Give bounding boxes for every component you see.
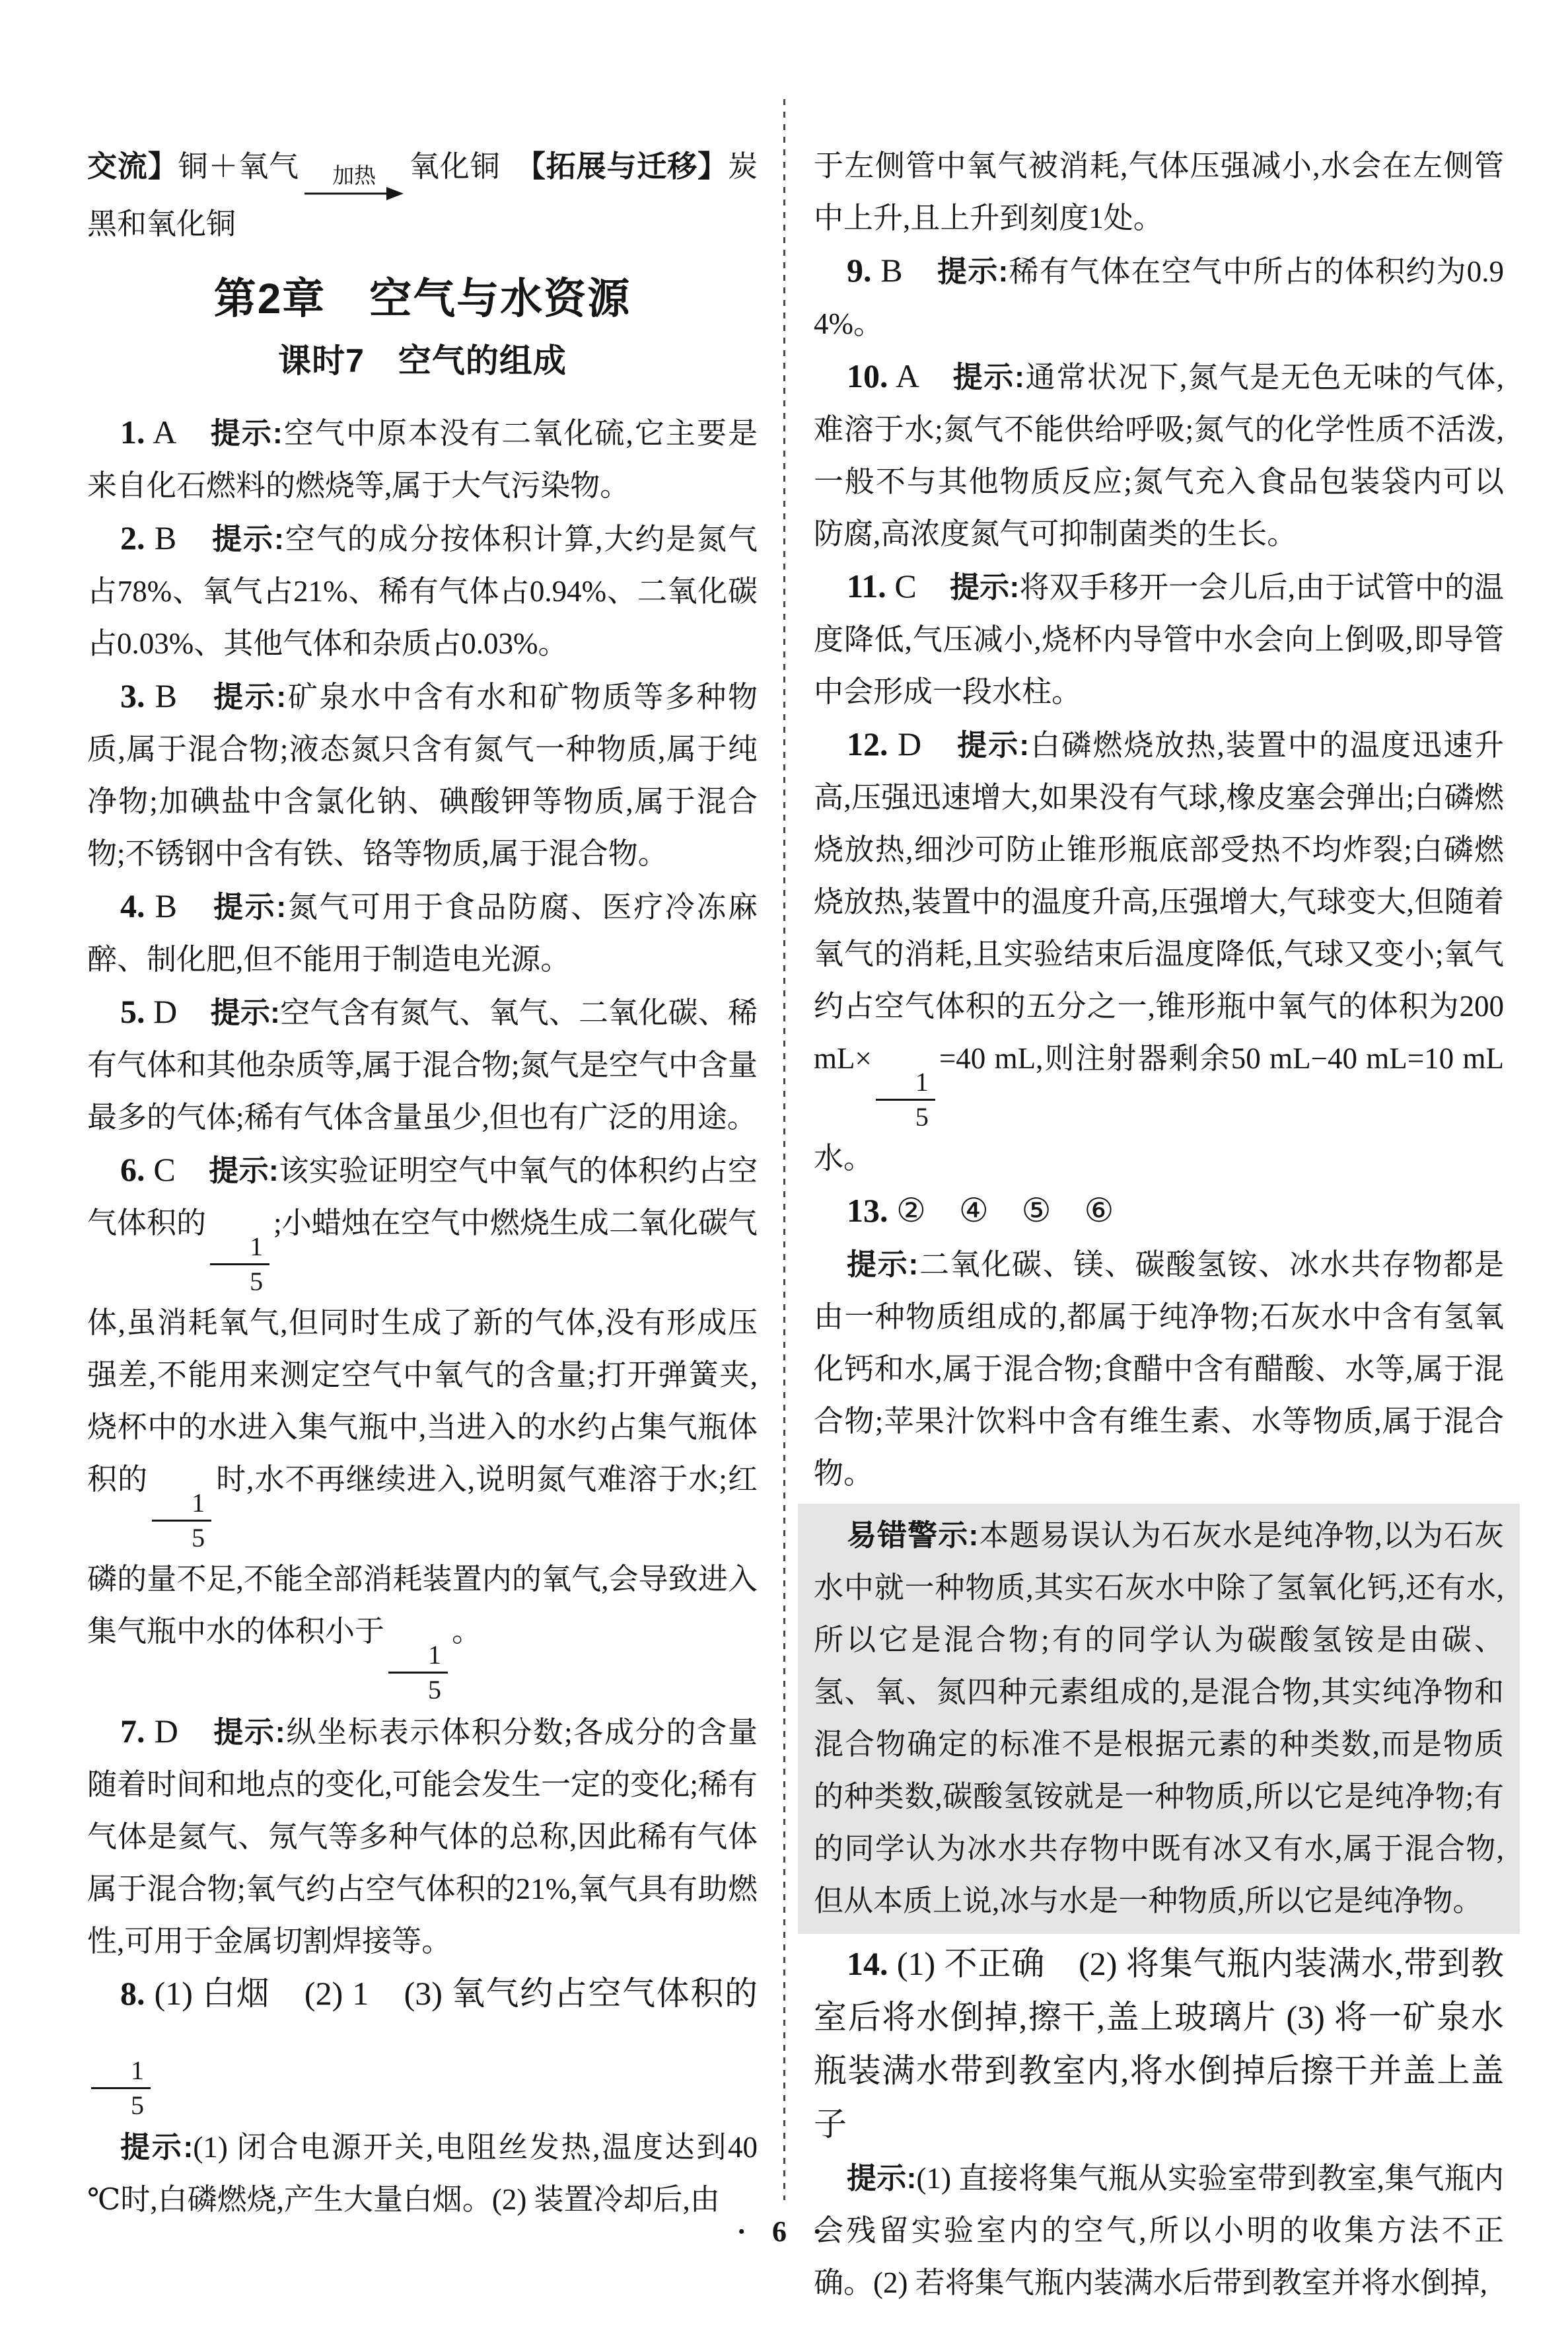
question-number: 7. [120,1713,145,1750]
question-number: 4. [120,887,145,924]
answer-4: 4. B 提示:氮气可用于食品防腐、医疗冷冻麻醉、制化肥,但不能用于制造电光源。 [87,880,758,986]
answer-text: B [145,519,213,556]
text: 。 [452,1615,481,1648]
answer-5: 5. D 提示:空气含有氮气、氧气、二氧化碳、稀有气体和其他杂质等,属于混合物;… [87,986,758,1144]
answer-text: B [145,887,214,924]
question-number: 3. [120,677,145,714]
hint-label: 提示: [847,1247,918,1281]
answer-text: B [872,252,937,289]
hint-label: 易错警示: [847,1518,978,1552]
text: 白磷燃烧放热,装置中的温度迅速升高,压强迅速增大,如果没有气球,橡皮塞会弹出;白… [814,729,1504,1075]
warning-box: 易错警示:本题易误认为石灰水是纯净物,以为石灰水中就一种物质,其实石灰水中除了氢… [798,1504,1520,1934]
hint-label: 提示: [211,416,283,450]
workbook-answer-page: 交流】铜＋氧气加热氧化铜 【拓展与迁移】炭黑和氧化铜第2章 空气与水资源课时7 … [0,0,1568,2325]
fraction: 15 [210,1232,269,1297]
answer-1: 1. A 提示:空气中原本没有二氧化硫,它主要是来自化石燃料的燃烧等,属于大气污… [87,406,758,512]
column-divider [783,99,785,2200]
hint-label: 提示: [953,360,1024,394]
question-number: 14. [847,1945,888,1982]
hint-label: 提示: [213,890,286,924]
hint-label: 【拓展与迁移】 [530,149,728,183]
hint-8: 提示:(1) 闭合电源开关,电阻丝发热,温度达到40 ℃时,白磷燃烧,产生大量白… [87,2121,758,2226]
left-column: 交流】铜＋氧气加热氧化铜 【拓展与迁移】炭黑和氧化铜第2章 空气与水资源课时7 … [87,140,758,2226]
text: 铜＋氧气 [178,150,299,183]
answer-text: C [886,568,950,605]
question-number: 11. [847,568,886,605]
hint-label: 提示: [213,680,286,714]
continuation-paragraph: 于左侧管中氧气被消耗,气体压强减小,水会在左侧管中上升,且上升到刻度1处。 [814,140,1504,244]
hint-13: 提示:二氧化碳、镁、碳酸氢铵、冰水共存物都是由一种物质组成的,都属于纯净物;石灰… [814,1238,1504,1500]
fraction: 15 [388,1640,448,1705]
question-number: 6. [120,1151,145,1188]
text: 本题易误认为石灰水是纯净物,以为石灰水中就一种物质,其实石灰水中除了氢氧化钙,还… [814,1519,1504,1917]
answer-3: 3. B 提示:矿泉水中含有水和矿物质等多种物质,属于混合物;液态氮只含有氮气一… [87,670,758,880]
question-number: 13. [847,1192,888,1229]
right-arrow-icon [304,189,404,198]
answer-14: 14. (1) 不正确 (2) 将集气瓶内装满水,带到教室后将水倒掉,擦干,盖上… [814,1938,1504,2152]
text: 第2章 空气与水资源 [214,275,631,322]
answer-12: 12. D 提示:白磷燃烧放热,装置中的温度迅速升高,压强迅速增大,如果没有气球… [814,718,1504,1185]
answer-text: ② ④ ⑤ ⑥ [888,1192,1114,1229]
answer-8: 8. (1) 白烟 (2) 1 (3) 氧气约占空气体积的15 [87,1968,758,2121]
hint-label: 提示: [212,522,284,556]
answer-6: 6. C 提示:该实验证明空气中氧气的体积约占空气体积的15;小蜡烛在空气中燃烧… [87,1144,758,1705]
text: 氧化铜 [409,150,530,183]
question-number: 1. [120,414,145,451]
hint-label: 交流】 [87,149,178,183]
fraction: 15 [152,1488,211,1553]
question-number: 8. [120,1975,145,2012]
question-number: 12. [847,725,888,762]
chapter-heading: 第2章 空气与水资源 [87,270,758,327]
text: 二氧化碳、镁、碳酸氢铵、冰水共存物都是由一种物质组成的,都属于纯净物;石灰水中含… [814,1248,1504,1490]
equation-carryover-paragraph: 交流】铜＋氧气加热氧化铜 【拓展与迁移】炭黑和氧化铜 [87,140,758,250]
answer-text: A [145,414,211,451]
answer-text: B [145,677,214,714]
reaction-condition-arrow: 加热 [304,164,404,198]
answer-text: D [145,993,211,1030]
text: ;小蜡烛在空气中燃烧生成二氧化碳气体,虽消耗氧气,但同时生成了新的气体,没有形成… [87,1206,758,1496]
right-column: 于左侧管中氧气被消耗,气体压强减小,水会在左侧管中上升,且上升到刻度1处。9. … [814,140,1504,2309]
question-number: 10. [847,357,888,394]
hint-label: 提示: [937,254,1008,288]
lesson-heading: 课时7 空气的组成 [87,338,758,384]
answer-10: 10. A 提示:通常状况下,氮气是无色无味的气体,难溶于水;氮气不能供给呼吸;… [814,350,1504,560]
hint-label: 提示: [211,996,280,1029]
page-number: · 6 · [0,2215,1568,2248]
hint-label: 提示: [120,2130,193,2164]
text: 纵坐标表示体积分数;各成分的含量随着时间和地点的变化,可能会发生一定的变化;稀有… [87,1716,758,1958]
answer-text: C [145,1151,209,1188]
answer-9: 9. B 提示:稀有气体在空气中所占的体积约为0.94%。 [814,244,1504,350]
question-number: 9. [847,252,872,289]
hint-label: 提示: [209,1154,279,1187]
hint-label: 提示: [213,1715,285,1749]
text: 于左侧管中氧气被消耗,气体压强减小,水会在左侧管中上升,且上升到刻度1处。 [814,149,1504,235]
answer-2: 2. B 提示:空气的成分按体积计算,大约是氮气占78%、氧气占21%、稀有气体… [87,512,758,670]
fraction: 15 [91,2055,151,2121]
question-number: 5. [120,993,145,1030]
hint-label: 提示: [950,570,1019,604]
answer-11: 11. C 提示:将双手移开一会儿后,由于试管中的温度降低,气压减小,烧杯内导管… [814,560,1504,718]
fraction: 15 [876,1067,935,1132]
answer-text: (1) 不正确 (2) 将集气瓶内装满水,带到教室后将水倒掉,擦干,盖上玻璃片 … [814,1945,1504,2143]
hint-label: 提示: [957,728,1029,762]
answer-text: A [888,357,953,394]
answer-text: (1) 白烟 (2) 1 (3) 氧气约占空气体积的 [145,1975,758,2012]
reaction-condition-label: 加热 [332,164,376,189]
answer-text: D [888,725,958,762]
answer-7: 7. D 提示:纵坐标表示体积分数;各成分的含量随着时间和地点的变化,可能会发生… [87,1705,758,1968]
hint-label: 提示: [847,2161,916,2195]
question-number: 2. [120,519,145,556]
text: 课时7 空气的组成 [278,342,567,379]
answer-text: D [145,1713,214,1750]
answer-13: 13. ② ④ ⑤ ⑥ [814,1185,1504,1238]
